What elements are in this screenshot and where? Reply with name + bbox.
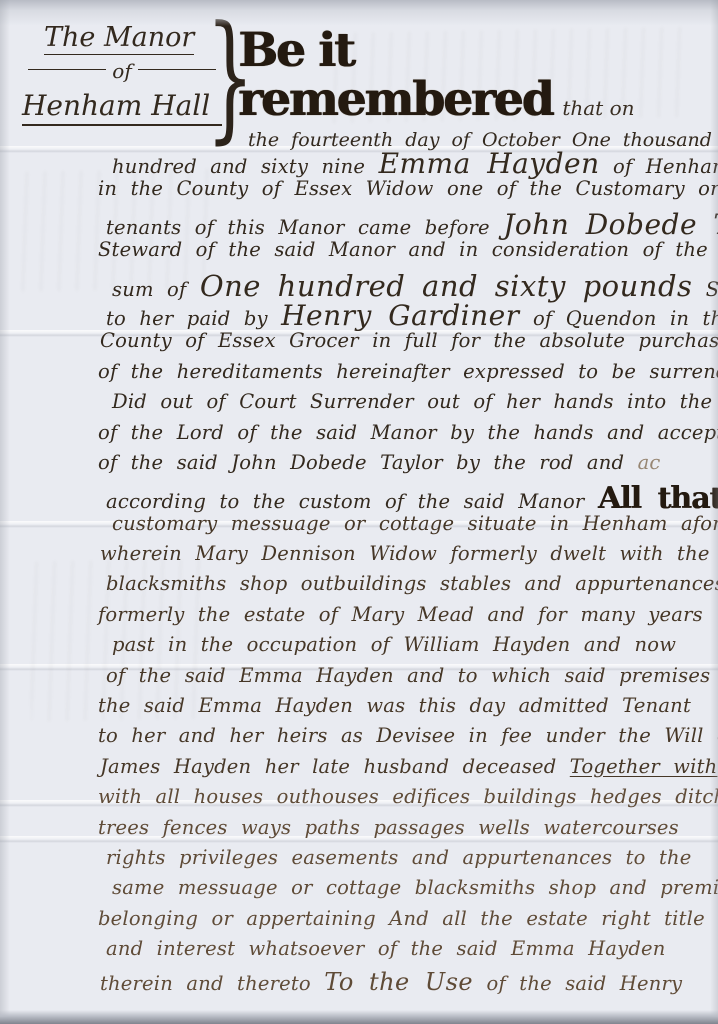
scanned-manuscript-page: The Manor of Henham Hall } Be it remembe…: [0, 0, 718, 1024]
text-line: sum of One hundred and sixty pounds Ster…: [112, 269, 704, 299]
margin-heading-line1: The Manor: [22, 22, 222, 53]
text-segment: tenants of this Manor came before: [106, 216, 503, 239]
text-line: Did out of Court Surrender out of her ha…: [112, 390, 704, 420]
margin-heading: The Manor of Henham Hall: [22, 22, 222, 126]
text-line: customary messuage or cottage situate in…: [112, 512, 704, 542]
blackletter-opening-text: Be it remembered: [238, 23, 552, 127]
text-segment: formerly the estate of Mary Mead and for…: [98, 603, 703, 626]
margin-heading-line3: Henham Hall: [22, 89, 222, 126]
text-line: rights privileges easements and appurten…: [106, 846, 704, 876]
text-line: of the Lord of the said Manor by the han…: [98, 421, 704, 451]
scan-edge-left: [0, 0, 10, 1024]
text-segment: of Quendon in the: [520, 307, 718, 330]
opening-heading: Be it rememberedthat on the fourteenth d…: [238, 26, 712, 151]
text-segment: sum of: [112, 278, 200, 301]
document-body-lines: hundred and sixty nine Emma Hayden of He…: [0, 147, 704, 998]
text-segment: of Henham: [600, 155, 718, 178]
text-segment: trees fences ways paths passages wells w…: [98, 816, 679, 839]
scan-edge-top: [0, 0, 718, 26]
text-segment: Did out of Court Surrender out of her ha…: [112, 390, 718, 413]
text-segment: Steward of the said Manor and in conside…: [98, 238, 708, 261]
text-segment: Emma Hayden: [379, 147, 600, 180]
text-line: in the County of Essex Widow one of the …: [98, 177, 704, 207]
text-line: James Hayden her late husband deceased T…: [100, 755, 704, 785]
henham-hall-text: Henham Hall: [22, 89, 210, 122]
scan-edge-bottom: [0, 1010, 718, 1024]
of-text: of: [112, 59, 131, 83]
flourish-rule: [28, 68, 106, 70]
text-segment: blacksmiths shop outbuildings stables an…: [106, 572, 718, 595]
text-line: belonging or appertaining And all the es…: [98, 907, 704, 937]
text-line: tenants of this Manor came before John D…: [106, 208, 704, 238]
text-line: blacksmiths shop outbuildings stables an…: [106, 572, 704, 602]
text-segment: of the hereditaments hereinafter express…: [98, 360, 718, 383]
text-segment: the said Emma Hayden was this day admitt…: [98, 694, 691, 717]
text-line: past in the occupation of William Hayden…: [112, 633, 704, 663]
text-line: County of Essex Grocer in full for the a…: [100, 329, 704, 359]
text-segment: John Dobede Taylor: [503, 208, 718, 241]
manor-title-text: The Manor: [44, 22, 194, 55]
text-segment: County of Essex Grocer in full for the a…: [100, 329, 718, 352]
text-line: with all houses outhouses edifices build…: [98, 785, 704, 815]
text-line: trees fences ways paths passages wells w…: [98, 816, 704, 846]
text-segment: One hundred and sixty pounds: [200, 269, 693, 303]
text-line: to her paid by Henry Gardiner of Quendon…: [106, 299, 704, 329]
text-segment: past in the occupation of William Hayden…: [112, 633, 676, 656]
text-segment: ac: [638, 451, 661, 474]
text-segment: belonging or appertaining And all the es…: [98, 907, 705, 930]
text-line: according to the custom of the said Mano…: [106, 481, 704, 511]
text-segment: Henry Gardiner: [281, 299, 519, 332]
text-line: hundred and sixty nine Emma Hayden of He…: [112, 147, 704, 177]
text-segment: of the said John Dobede Taylor by the ro…: [98, 451, 638, 474]
text-line: Steward of the said Manor and in conside…: [98, 238, 704, 268]
text-segment: Together with: [570, 755, 718, 778]
text-segment: and interest whatsoever of the said Emma…: [106, 937, 666, 960]
text-segment: hundred and sixty nine: [112, 155, 379, 178]
text-line: therein and thereto To the Use of the sa…: [100, 968, 704, 998]
text-segment: rights privileges easements and appurten…: [106, 846, 692, 869]
flourish-rule: [138, 68, 216, 70]
text-segment: to her paid by: [106, 307, 281, 330]
text-line: wherein Mary Dennison Widow formerly dwe…: [100, 542, 704, 572]
text-segment: customary messuage or cottage situate in…: [112, 512, 718, 535]
scan-edge-right: [710, 0, 718, 1024]
text-line: of the said Emma Hayden and to which sai…: [106, 664, 704, 694]
text-segment: with all houses outhouses edifices build…: [98, 785, 718, 808]
text-segment: To the Use: [324, 968, 473, 996]
text-line: to her and her heirs as Devisee in fee u…: [98, 724, 704, 754]
text-line: the said Emma Hayden was this day admitt…: [98, 694, 704, 724]
text-segment: same messuage or cottage blacksmiths sho…: [112, 876, 718, 899]
text-segment: to her and her heirs as Devisee in fee u…: [98, 724, 718, 747]
text-line: formerly the estate of Mary Mead and for…: [98, 603, 704, 633]
text-segment: of the Lord of the said Manor by the han…: [98, 421, 718, 444]
text-segment: therein and thereto: [100, 972, 324, 995]
margin-heading-line2: of: [22, 59, 222, 83]
text-segment: in the County of Essex Widow one of the …: [98, 177, 718, 200]
text-segment: wherein Mary Dennison Widow formerly dwe…: [100, 542, 710, 565]
text-line: and interest whatsoever of the said Emma…: [106, 937, 704, 967]
text-segment: according to the custom of the said Mano…: [106, 490, 598, 513]
text-segment: James Hayden her late husband deceased: [100, 755, 570, 778]
opening-heading-row: Be it rememberedthat on: [238, 26, 712, 125]
text-line: of the hereditaments hereinafter express…: [98, 360, 704, 390]
text-line: same messuage or cottage blacksmiths sho…: [112, 876, 704, 906]
text-segment: of the said Henry: [473, 972, 682, 995]
opening-continuation-text: that on: [562, 96, 634, 120]
text-line: of the said John Dobede Taylor by the ro…: [98, 451, 704, 481]
text-segment: of the said Emma Hayden and to which sai…: [106, 664, 710, 687]
